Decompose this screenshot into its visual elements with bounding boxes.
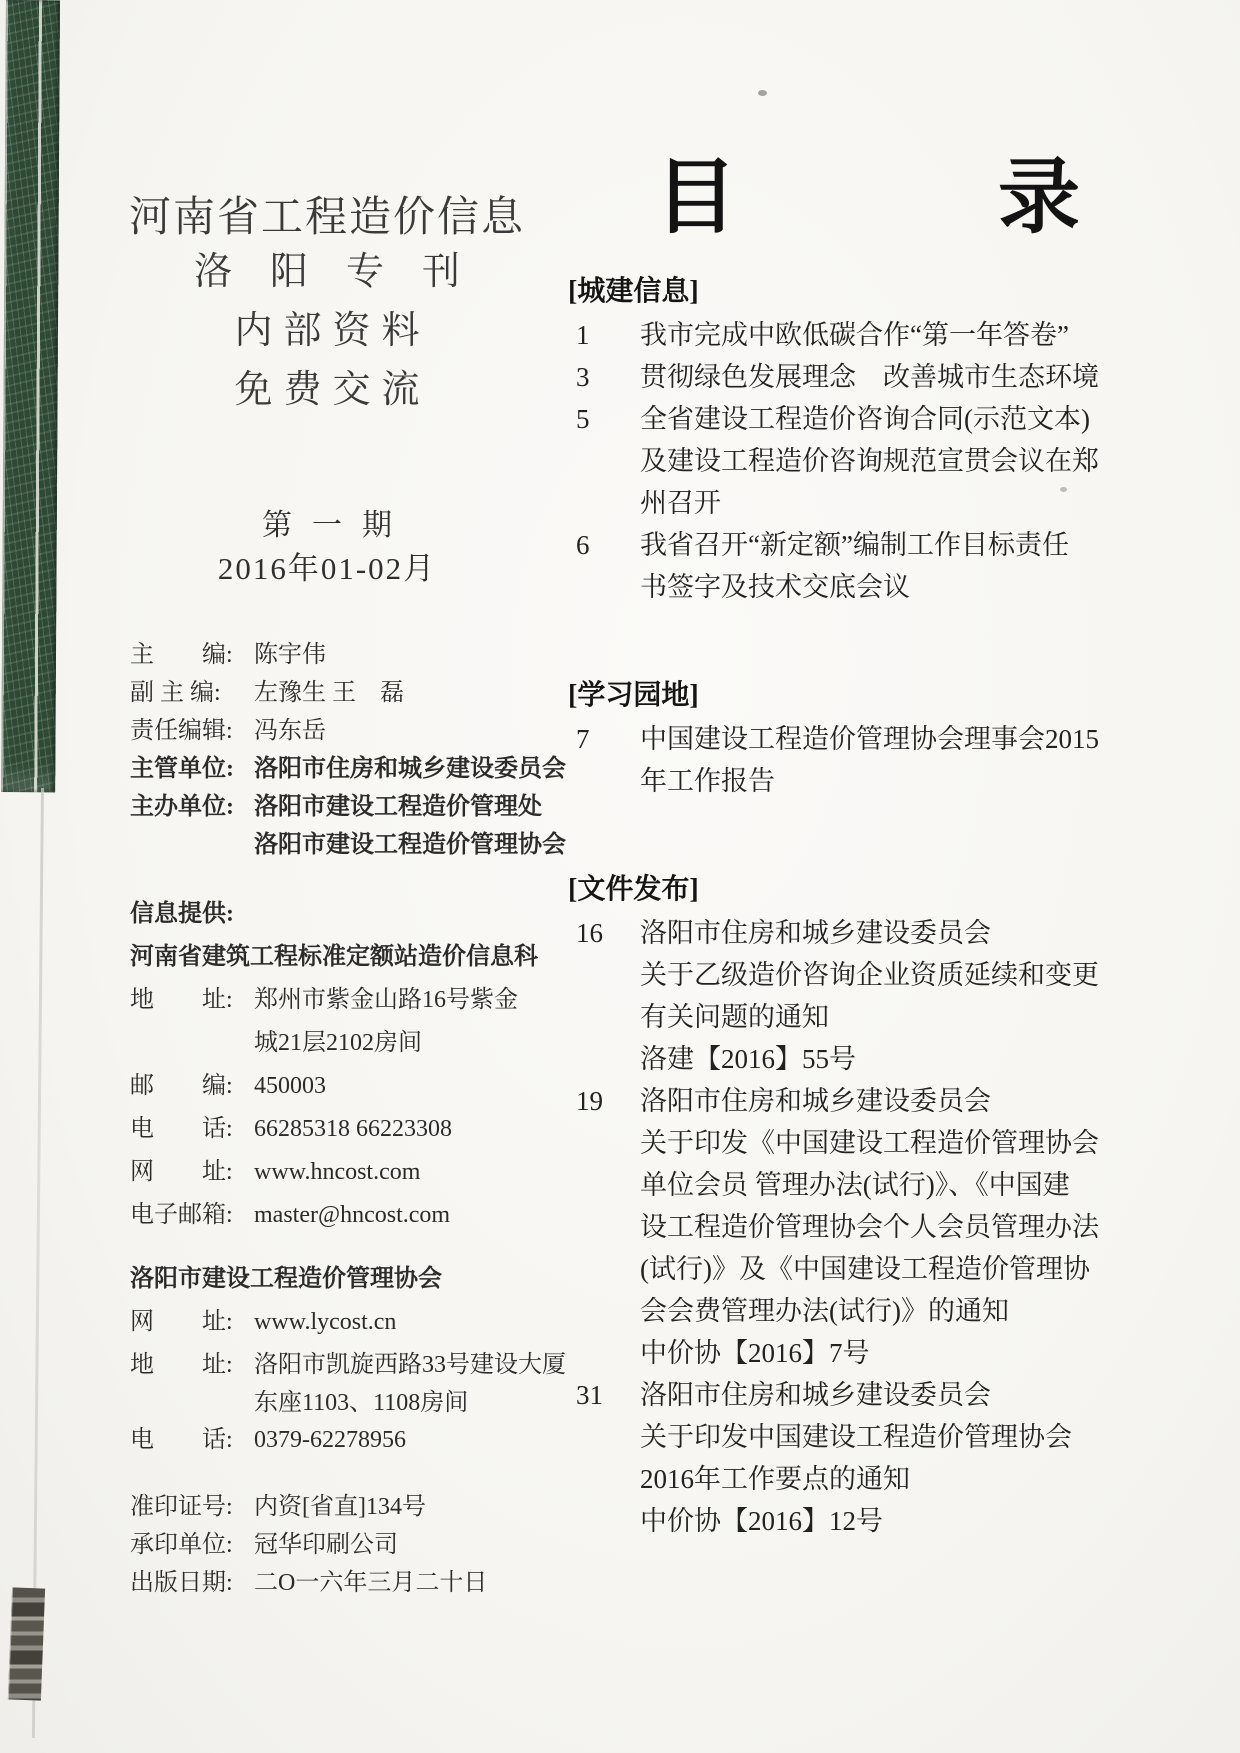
provider-value: 郑州市紫金山路16号紫金 — [254, 979, 518, 1022]
toc-title: 目 录 — [655, 148, 1080, 248]
staff-block: 主 编: 陈宇伟 副 主 编: 左豫生 王 磊 责任编辑: 冯东岳 主管单位: … — [130, 636, 590, 864]
provider-row: 城21层2102房间 — [130, 1022, 590, 1065]
issue-number: 第一期 — [128, 505, 526, 547]
toc-item: 7 中国建设工程造价管理协会理事会2015 年工作报告 — [568, 718, 1188, 802]
association-label: 地 址: — [130, 1344, 254, 1387]
provider-org: 河南省建筑工程标准定额站造价信息科 — [130, 936, 590, 979]
issue-period: 2016年01-02月 — [128, 547, 526, 591]
staff-value: 左豫生 王 磊 — [254, 674, 404, 712]
provider-block: 信息提供: 河南省建筑工程标准定额站造价信息科 地 址: 郑州市紫金山路16号紫… — [130, 893, 590, 1237]
toc-item: 5 全省建设工程造价咨询合同(示范文本) 及建设工程造价咨询规范宣贯会议在郑 州… — [568, 398, 1188, 524]
association-block: 洛阳市建设工程造价管理协会 网 址: www.lycost.cn 地 址: 洛阳… — [130, 1258, 590, 1462]
toc-item: 16 洛阳市住房和城乡建设委员会 关于乙级造价咨询企业资质延续和变更 有关问题的… — [568, 912, 1188, 1080]
toc-item-text: 贯彻绿色发展理念 改善城市生态环境 — [640, 356, 1188, 398]
toc-page-number: 5 — [568, 398, 640, 524]
imprint-label: 承印单位: — [130, 1526, 254, 1564]
provider-label: 地 址: — [130, 979, 254, 1022]
association-row: 网 址: www.lycost.cn — [130, 1301, 590, 1344]
table-of-contents: [城建信息] 1 我市完成中欧低碳合作“第一年答卷” 3 贯彻绿色发展理念 改善… — [568, 270, 1188, 1542]
toc-item: 19 洛阳市住房和城乡建设委员会 关于印发《中国建设工程造价管理协会 单位会员 … — [568, 1080, 1188, 1374]
toc-page-number: 7 — [568, 718, 640, 802]
staff-row: 洛阳市建设工程造价管理协会 — [130, 826, 590, 864]
toc-item: 1 我市完成中欧低碳合作“第一年答卷” — [568, 314, 1188, 356]
staff-value: 陈宇伟 — [254, 636, 326, 674]
association-row: 电 话: 0379-62278956 — [130, 1419, 590, 1462]
imprint-row: 出版日期: 二O一六年三月二十日 — [130, 1564, 590, 1602]
staff-row: 主 编: 陈宇伟 — [130, 636, 590, 674]
scanned-journal-page: { "page": {"background": "#f6f5f1", "tex… — [0, 0, 1240, 1753]
toc-page-number: 16 — [568, 912, 640, 1080]
association-row: 地 址: 洛阳市凯旋西路33号建设大厦 — [130, 1344, 590, 1387]
imprint-row: 准印证号: 内资[省直]134号 — [130, 1488, 590, 1526]
toc-item-text: 洛阳市住房和城乡建设委员会 关于印发《中国建设工程造价管理协会 单位会员 管理办… — [640, 1080, 1188, 1374]
toc-section-header: [学习园地] — [568, 674, 1188, 718]
toc-item: 6 我省召开“新定额”编制工作目标责任 书签字及技术交底会议 — [568, 524, 1188, 608]
association-value: 0379-62278956 — [254, 1419, 406, 1462]
association-label — [130, 1387, 254, 1419]
staff-value: 洛阳市建设工程造价管理处 — [254, 788, 542, 826]
imprint-value: 冠华印刷公司 — [254, 1526, 398, 1564]
staff-row: 副 主 编: 左豫生 王 磊 — [130, 674, 590, 712]
scanner-edge-strip — [1, 0, 60, 792]
staff-row: 主管单位: 洛阳市住房和城乡建设委员会 — [130, 750, 590, 788]
scan-corner-patch — [8, 1587, 45, 1700]
provider-label: 邮 编: — [130, 1065, 254, 1108]
provider-label — [130, 1022, 254, 1065]
staff-label: 副 主 编: — [130, 674, 254, 712]
provider-row: 地 址: 郑州市紫金山路16号紫金 — [130, 979, 590, 1022]
provider-heading: 信息提供: — [130, 893, 590, 936]
imprint-label: 出版日期: — [130, 1564, 254, 1602]
staff-row: 责任编辑: 冯东岳 — [130, 712, 590, 750]
provider-label: 电 话: — [130, 1108, 254, 1151]
association-value: 洛阳市凯旋西路33号建设大厦 — [254, 1344, 566, 1387]
provider-row: 邮 编: 450003 — [130, 1065, 590, 1108]
toc-item-text: 全省建设工程造价咨询合同(示范文本) 及建设工程造价咨询规范宣贯会议在郑 州召开 — [640, 398, 1188, 524]
association-label: 电 话: — [130, 1419, 254, 1462]
staff-label: 主办单位: — [130, 788, 254, 826]
toc-title-char: 目 — [655, 148, 737, 248]
issue-block: 第一期 2016年01-02月 — [128, 505, 526, 591]
imprint-value: 内资[省直]134号 — [254, 1488, 426, 1526]
toc-section-header: [城建信息] — [568, 270, 1188, 314]
provider-row: 电 话: 66285318 66223308 — [130, 1108, 590, 1151]
imprint-row: 承印单位: 冠华印刷公司 — [130, 1526, 590, 1564]
staff-label: 责任编辑: — [130, 712, 254, 750]
toc-item-text: 我省召开“新定额”编制工作目标责任 书签字及技术交底会议 — [640, 524, 1188, 608]
imprint-value: 二O一六年三月二十日 — [254, 1564, 487, 1602]
toc-item: 31 洛阳市住房和城乡建设委员会 关于印发中国建设工程造价管理协会 2016年工… — [568, 1374, 1188, 1542]
provider-label: 网 址: — [130, 1151, 254, 1194]
staff-row: 主办单位: 洛阳市建设工程造价管理处 — [130, 788, 590, 826]
association-row: 东座1103、1108房间 — [130, 1387, 590, 1419]
masthead: 河南省工程造价信息 洛阳专刊 内部资料 免费交流 — [128, 193, 526, 420]
staff-label — [130, 826, 254, 864]
toc-page-number: 3 — [568, 356, 640, 398]
toc-item-text: 中国建设工程造价管理协会理事会2015 年工作报告 — [640, 718, 1188, 802]
staff-value: 洛阳市住房和城乡建设委员会 — [254, 750, 566, 788]
toc-page-number: 1 — [568, 314, 640, 356]
association-heading: 洛阳市建设工程造价管理协会 — [130, 1258, 590, 1301]
toc-item-text: 洛阳市住房和城乡建设委员会 关于乙级造价咨询企业资质延续和变更 有关问题的通知 … — [640, 912, 1188, 1080]
journal-notice-internal: 内部资料 — [128, 302, 526, 361]
toc-page-number: 6 — [568, 524, 640, 608]
toc-page-number: 31 — [568, 1374, 640, 1542]
provider-row: 网 址: www.hncost.com — [130, 1151, 590, 1194]
provider-value: 450003 — [254, 1065, 326, 1108]
association-value: www.lycost.cn — [254, 1301, 396, 1344]
staff-value: 冯东岳 — [254, 712, 326, 750]
staff-value: 洛阳市建设工程造价管理协会 — [254, 826, 566, 864]
provider-value: 城21层2102房间 — [254, 1022, 422, 1065]
association-value: 东座1103、1108房间 — [254, 1387, 468, 1419]
association-label: 网 址: — [130, 1301, 254, 1344]
provider-label: 电子邮箱: — [130, 1194, 254, 1237]
toc-title-char: 录 — [998, 148, 1080, 248]
provider-value: 66285318 66223308 — [254, 1108, 452, 1151]
toc-item-text: 我市完成中欧低碳合作“第一年答卷” — [640, 314, 1188, 356]
staff-label: 主 编: — [130, 636, 254, 674]
provider-value: master@hncost.com — [254, 1194, 450, 1237]
imprint-label: 准印证号: — [130, 1488, 254, 1526]
toc-item: 3 贯彻绿色发展理念 改善城市生态环境 — [568, 356, 1188, 398]
toc-page-number: 19 — [568, 1080, 640, 1374]
scan-speck — [758, 90, 767, 96]
toc-section-header: [文件发布] — [568, 868, 1188, 912]
journal-notice-free: 免费交流 — [128, 361, 526, 420]
staff-label: 主管单位: — [130, 750, 254, 788]
toc-item-text: 洛阳市住房和城乡建设委员会 关于印发中国建设工程造价管理协会 2016年工作要点… — [640, 1374, 1188, 1542]
provider-value: www.hncost.com — [254, 1151, 420, 1194]
imprint-block: 准印证号: 内资[省直]134号 承印单位: 冠华印刷公司 出版日期: 二O一六… — [130, 1488, 590, 1602]
journal-edition: 洛阳专刊 — [128, 243, 526, 302]
journal-title: 河南省工程造价信息 — [128, 193, 526, 243]
provider-row: 电子邮箱: master@hncost.com — [130, 1194, 590, 1237]
